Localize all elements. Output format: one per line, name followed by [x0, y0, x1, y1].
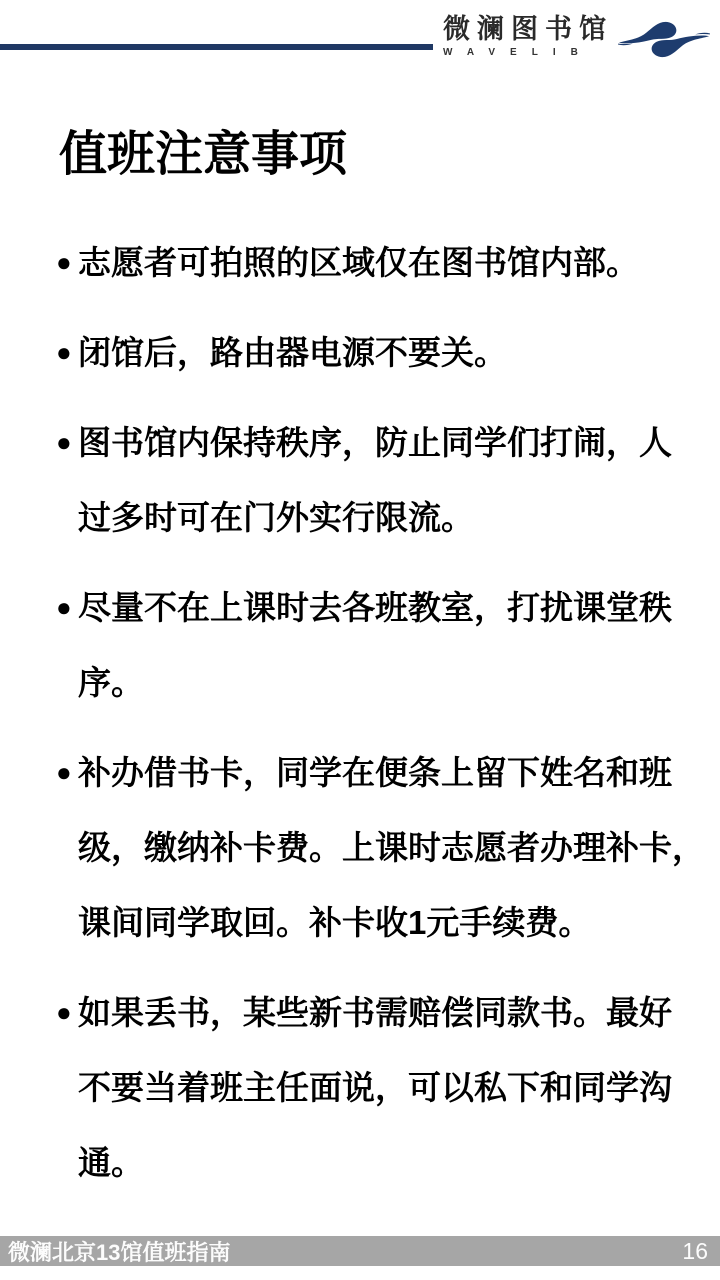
- bullet-line: 序。: [78, 645, 678, 720]
- brand-name-latin: WAVELIB: [443, 47, 615, 59]
- brand-name-cjk: 微澜图书馆: [443, 14, 615, 44]
- wave-logo-icon: [618, 16, 710, 62]
- bullet-line: 不要当着班主任面说，可以私下和同学沟: [78, 1050, 678, 1125]
- bullet-item: ●闭馆后，路由器电源不要关。: [58, 315, 678, 390]
- bullet-dot-icon: ●: [56, 225, 72, 300]
- slide-header: 微澜图书馆 WAVELIB: [0, 0, 720, 72]
- bullet-line: 志愿者可拍照的区域仅在图书馆内部。: [78, 225, 678, 300]
- bullet-line: 闭馆后，路由器电源不要关。: [78, 315, 678, 390]
- page-number: 16: [682, 1238, 708, 1265]
- bullet-item: ●志愿者可拍照的区域仅在图书馆内部。: [58, 225, 678, 300]
- bullet-item: ●补办借书卡，同学在便条上留下姓名和班级，缴纳补卡费。上课时志愿者办理补卡，课间…: [58, 735, 678, 960]
- bullet-line: 补办借书卡，同学在便条上留下姓名和班: [78, 735, 678, 810]
- bullet-line: 课间同学取回。补卡收1元手续费。: [78, 885, 678, 960]
- slide-page: 微澜图书馆 WAVELIB 值班注意事项 ●志愿者可拍照的区域仅在图书馆内部。●…: [0, 0, 720, 1280]
- bullet-line: 图书馆内保持秩序，防止同学们打闹，人: [78, 405, 678, 480]
- slide-content: 值班注意事项 ●志愿者可拍照的区域仅在图书馆内部。●闭馆后，路由器电源不要关。●…: [58, 72, 678, 1215]
- bullet-dot-icon: ●: [56, 735, 72, 810]
- bullet-list: ●志愿者可拍照的区域仅在图书馆内部。●闭馆后，路由器电源不要关。●图书馆内保持秩…: [58, 225, 678, 1200]
- page-title: 值班注意事项: [59, 130, 678, 180]
- bullet-line: 如果丢书，某些新书需赔偿同款书。最好: [78, 975, 678, 1050]
- footer-title: 微澜北京13馆值班指南: [8, 1236, 230, 1267]
- bullet-line: 过多时可在门外实行限流。: [78, 480, 678, 555]
- bullet-item: ●如果丢书，某些新书需赔偿同款书。最好不要当着班主任面说，可以私下和同学沟通。: [58, 975, 678, 1200]
- header-divider-line: [0, 44, 433, 50]
- bullet-dot-icon: ●: [56, 975, 72, 1050]
- bullet-line: 级，缴纳补卡费。上课时志愿者办理补卡，: [78, 810, 678, 885]
- bullet-dot-icon: ●: [56, 315, 72, 390]
- bullet-line: 通。: [78, 1125, 678, 1200]
- brand-logo: 微澜图书馆 WAVELIB: [443, 14, 615, 59]
- bullet-item: ●尽量不在上课时去各班教室，打扰课堂秩序。: [58, 570, 678, 720]
- bullet-item: ●图书馆内保持秩序，防止同学们打闹，人过多时可在门外实行限流。: [58, 405, 678, 555]
- bullet-line: 尽量不在上课时去各班教室，打扰课堂秩: [78, 570, 678, 645]
- bullet-dot-icon: ●: [56, 570, 72, 645]
- footer-bar: 微澜北京13馆值班指南 16: [0, 1236, 720, 1266]
- bullet-dot-icon: ●: [56, 405, 72, 480]
